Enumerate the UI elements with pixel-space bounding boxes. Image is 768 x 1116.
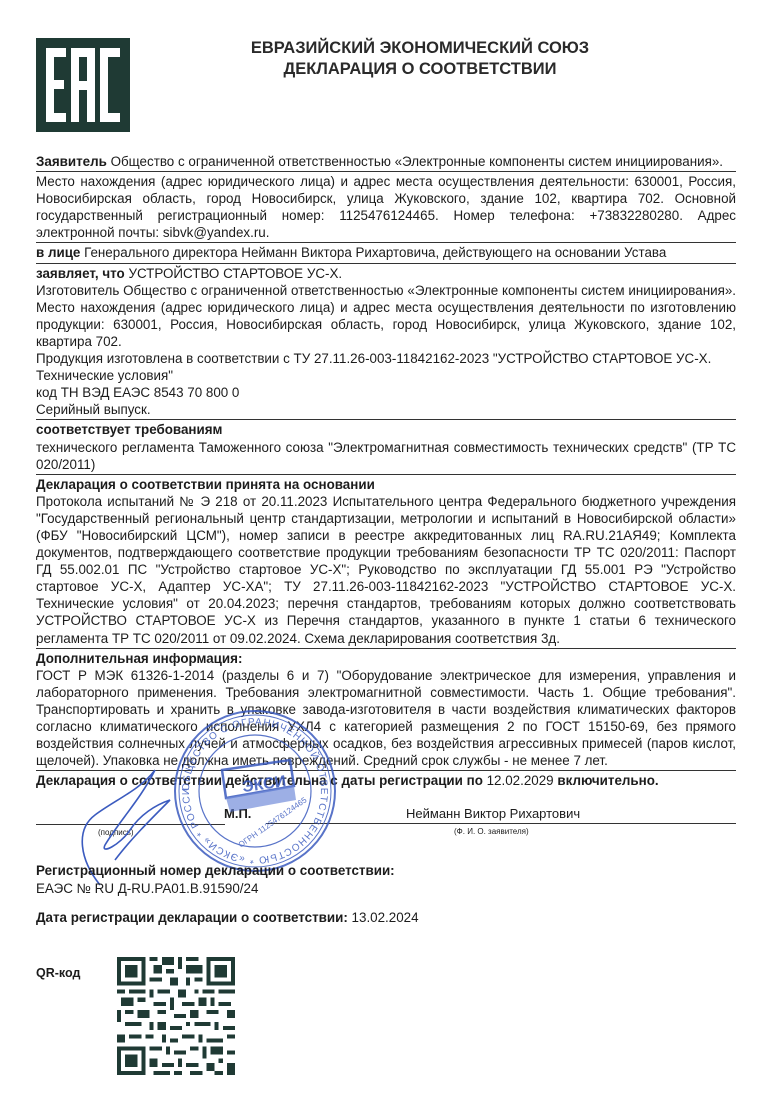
registration-number-label: Регистрационный номер декларации о соотв… (36, 862, 395, 880)
registration-date-block: Дата регистрации декларации о соответств… (36, 910, 419, 925)
applicant-label: Заявитель (36, 154, 107, 169)
declares-label: заявляет, что (36, 266, 125, 281)
representative-label: в лице (36, 245, 80, 260)
applicant-address: Место нахождения (адрес юридического лиц… (36, 173, 736, 243)
declaration-body: Заявитель Общество с ограниченной ответс… (36, 153, 736, 789)
validity-prefix: Декларация о соответствии действительна … (36, 773, 487, 788)
registration-date-label: Дата регистрации декларации о соответств… (36, 910, 348, 925)
additional-text: ГОСТ Р МЭК 61326-1-2014 (разделы 6 и 7) … (36, 667, 736, 772)
signature-caption: (подпись) (98, 828, 134, 837)
representative-text: Генерального директора Нейманн Виктора Р… (84, 245, 666, 260)
validity-line: Декларация о соответствии действительна … (36, 772, 736, 789)
document-header: ЕВРАЗИЙСКИЙ ЭКОНОМИЧЕСКИЙ СОЮЗ ДЕКЛАРАЦИ… (190, 38, 650, 80)
applicant-section: Заявитель Общество с ограниченной ответс… (36, 153, 736, 172)
applicant-name-line (266, 823, 736, 824)
release-type: Серийный выпуск. (36, 401, 736, 420)
basis-label: Декларация о соответствии принята на осн… (36, 476, 736, 493)
produced-per: Продукция изготовлена в соответствии с Т… (36, 350, 736, 384)
applicant-name: Общество с ограниченной ответственностью… (111, 154, 723, 169)
hs-code: код ТН ВЭД ЕАЭС 8543 70 800 0 (36, 384, 736, 401)
product-name: УСТРОЙСТВО СТАРТОВОЕ УС-Х. (128, 266, 342, 281)
conforms-text: технического регламента Таможенного союз… (36, 439, 736, 475)
eac-mark-icon (36, 38, 130, 132)
seal-label: М.П. (224, 806, 251, 821)
validity-suffix: включительно. (554, 773, 659, 788)
declaration-title: ДЕКЛАРАЦИЯ О СООТВЕТСТВИИ (190, 59, 650, 80)
qr-code-icon[interactable] (117, 957, 235, 1075)
additional-label: Дополнительная информация: (36, 650, 736, 667)
union-title: ЕВРАЗИЙСКИЙ ЭКОНОМИЧЕСКИЙ СОЮЗ (190, 38, 650, 59)
basis-text: Протокола испытаний № Э 218 от 20.11.202… (36, 493, 736, 649)
name-caption: (Ф. И. О. заявителя) (454, 827, 529, 836)
registration-date: 13.02.2024 (352, 910, 419, 925)
registration-number: ЕАЭС № RU Д-RU.РА01.В.91590/24 (36, 880, 395, 898)
applicant-full-name: Нейманн Виктор Рихартович (406, 806, 580, 821)
representative-section: в лице Генерального директора Нейманн Ви… (36, 244, 736, 263)
manufacturer-section: Изготовитель Общество с ограниченной отв… (36, 282, 736, 350)
conforms-label: соответствует требованиям (36, 421, 736, 438)
validity-date: 12.02.2029 (487, 773, 554, 788)
signature-block: М.П. Нейманн Виктор Рихартович (подпись)… (36, 800, 736, 840)
signature-line (36, 824, 225, 825)
eac-logo (36, 38, 130, 132)
registration-number-block: Регистрационный номер декларации о соотв… (36, 862, 395, 898)
declares-section: заявляет, что УСТРОЙСТВО СТАРТОВОЕ УС-Х. (36, 265, 736, 282)
qr-label: QR-код (36, 966, 80, 980)
